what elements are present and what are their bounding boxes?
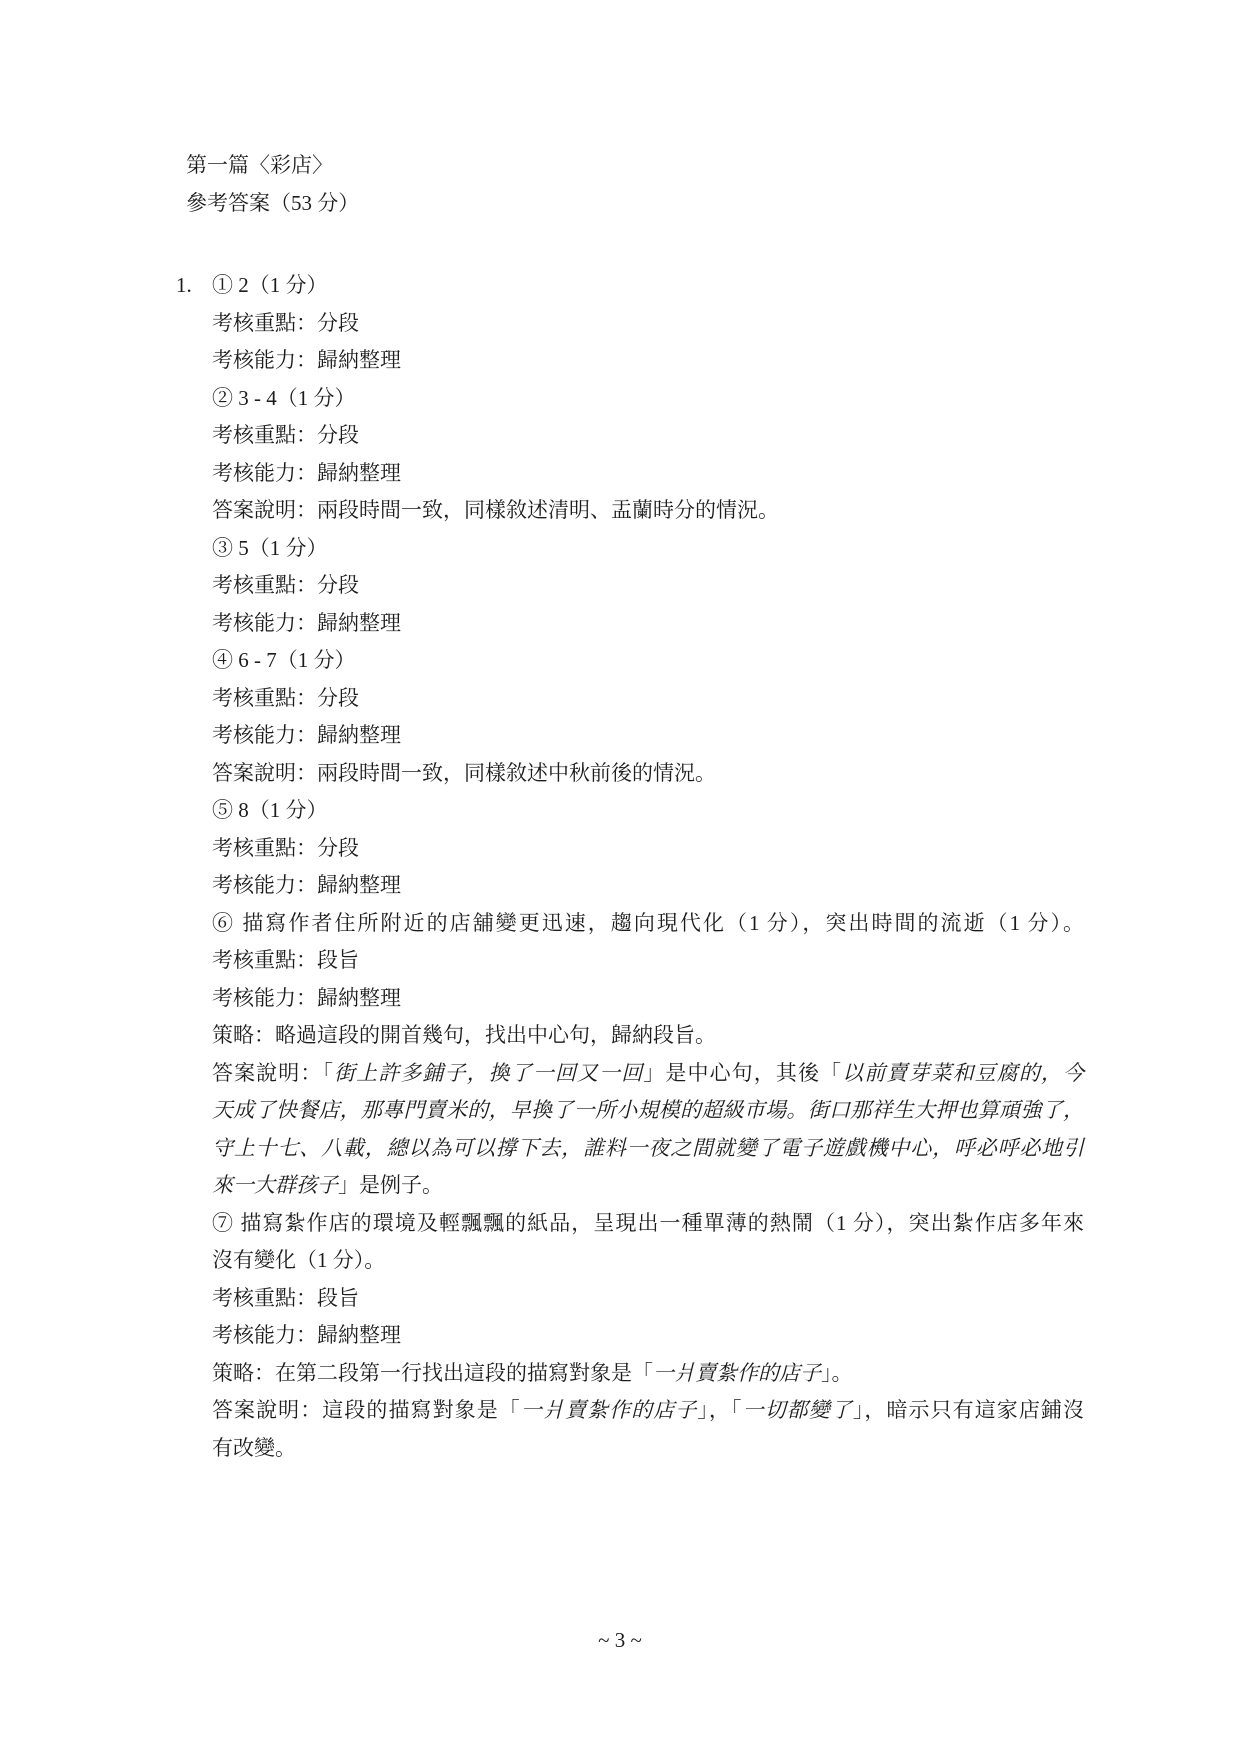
text-segment: 答案說明：兩段時間一致，同樣敘述清明、盂蘭時分的情況。 <box>212 498 779 522</box>
answer-line: 考核能力：歸納整理 <box>212 342 1084 380</box>
text-segment: 」是中心句，其後「 <box>643 1061 842 1085</box>
answer-line: 考核能力：歸納整理 <box>212 980 1084 1018</box>
text-segment: 答案說明：兩段時間一致，同樣敘述中秋前後的情況。 <box>212 761 716 785</box>
answer-line: 守上十七、八載，總以為可以撐下去，誰料一夜之間就變了電子遊戲機中心，呼必呼必地引 <box>212 1130 1084 1168</box>
answer-line: 考核重點：段旨 <box>212 1280 1084 1318</box>
quoted-text: 街上許多鋪子，換了一回又一回 <box>334 1061 643 1085</box>
answer-line: 策略：在第二段第一行找出這段的描寫對象是「一爿賣紮作的店子」。 <box>212 1355 1084 1393</box>
answer-line: 考核能力：歸納整理 <box>212 455 1084 493</box>
text-segment: 」是例子。 <box>338 1173 443 1197</box>
answer-line: ⑦ 描寫紮作店的環境及輕飄飄的紙品，呈現出一種單薄的熱鬧（1 分），突出紮作店多… <box>212 1205 1084 1243</box>
answer-line: 答案說明：兩段時間一致，同樣敘述中秋前後的情況。 <box>212 755 1084 793</box>
text-segment: 考核能力：歸納整理 <box>212 348 401 372</box>
reference-answer-heading: 參考答案（53 分） <box>186 185 359 223</box>
answer-line: 天成了快餐店，那專門賣米的，早換了一所小規模的超級市場。街口那祥生大押也算頑強了… <box>212 1092 1084 1130</box>
answer-line: 考核重點：分段 <box>212 830 1084 868</box>
text-segment: 」。 <box>821 1361 853 1385</box>
quoted-text: 天成了快餐店，那專門賣米的，早換了一所小規模的超級市場。街口那祥生大押也算頑強了… <box>212 1098 1084 1122</box>
article-title: 第一篇〈彩店〉 <box>186 147 359 185</box>
answer-line: 考核重點：分段 <box>212 680 1084 718</box>
quoted-text: 一切都變了 <box>743 1398 853 1422</box>
question-number: 1. <box>176 267 192 305</box>
text-segment: 考核重點：分段 <box>212 423 359 447</box>
text-segment: 答案說明：「 <box>212 1061 334 1085</box>
text-segment: 沒有變化（1 分）。 <box>212 1248 385 1272</box>
answer-line: 來一大群孩子」是例子。 <box>212 1167 1084 1205</box>
quoted-text: 一爿賣紮作的店子 <box>521 1398 698 1422</box>
answer-lines: ① 2（1 分）考核重點：分段考核能力：歸納整理② 3 - 4（1 分）考核重點… <box>212 267 1084 1467</box>
text-segment: 有改變。 <box>212 1436 296 1460</box>
answer-line: ① 2（1 分） <box>212 267 1084 305</box>
text-segment: 考核重點：段旨 <box>212 1286 359 1310</box>
answer-line: ④ 6 - 7（1 分） <box>212 642 1084 680</box>
document-page: 第一篇〈彩店〉 參考答案（53 分） 1. ① 2（1 分）考核重點：分段考核能… <box>0 0 1240 1755</box>
answer-line: ⑤ 8（1 分） <box>212 792 1084 830</box>
text-segment: 考核能力：歸納整理 <box>212 1323 401 1347</box>
text-segment: 考核能力：歸納整理 <box>212 873 401 897</box>
answer-line: 答案說明：這段的描寫對象是「一爿賣紮作的店子」，「一切都變了」，暗示只有這家店鋪… <box>212 1392 1084 1430</box>
page-number: ~ 3 ~ <box>0 1622 1240 1660</box>
text-segment: 答案說明：這段的描寫對象是「 <box>212 1398 521 1422</box>
text-segment: 考核重點：分段 <box>212 686 359 710</box>
answer-line: ② 3 - 4（1 分） <box>212 380 1084 418</box>
quoted-text: 以前賣芽菜和豆腐的，今 <box>842 1061 1084 1085</box>
answer-line: 考核重點：段旨 <box>212 942 1084 980</box>
answer-line: 考核重點：分段 <box>212 567 1084 605</box>
answer-line: ③ 5（1 分） <box>212 530 1084 568</box>
text-segment: 考核重點：分段 <box>212 311 359 335</box>
answer-line: 考核重點：分段 <box>212 417 1084 455</box>
text-segment: 策略：在第二段第一行找出這段的描寫對象是「 <box>212 1361 653 1385</box>
text-segment: ① 2（1 分） <box>212 273 328 297</box>
quoted-text: 守上十七、八載，總以為可以撐下去，誰料一夜之間就變了電子遊戲機中心，呼必呼必地引 <box>212 1136 1084 1160</box>
answer-line: 考核能力：歸納整理 <box>212 605 1084 643</box>
answer-line: ⑥ 描寫作者住所附近的店舖變更迅速，趨向現代化（1 分），突出時間的流逝（1 分… <box>212 905 1084 943</box>
answer-line: 考核重點：分段 <box>212 305 1084 343</box>
answer-line: 考核能力：歸納整理 <box>212 1317 1084 1355</box>
text-segment: ② 3 - 4（1 分） <box>212 386 356 410</box>
text-segment: 考核能力：歸納整理 <box>212 986 401 1010</box>
text-segment: 考核重點：段旨 <box>212 948 359 972</box>
answer-line: 考核能力：歸納整理 <box>212 867 1084 905</box>
text-segment: ④ 6 - 7（1 分） <box>212 648 356 672</box>
answer-line: 沒有變化（1 分）。 <box>212 1242 1084 1280</box>
answer-line: 有改變。 <box>212 1430 1084 1468</box>
text-segment: ③ 5（1 分） <box>212 536 328 560</box>
quoted-text: 一爿賣紮作的店子 <box>653 1361 821 1385</box>
text-segment: ⑦ 描寫紮作店的環境及輕飄飄的紙品，呈現出一種單薄的熱鬧（1 分），突出紮作店多… <box>212 1211 1084 1235</box>
text-segment: 」，「 <box>697 1398 742 1422</box>
text-segment: ⑤ 8（1 分） <box>212 798 328 822</box>
text-segment: 考核能力：歸納整理 <box>212 611 401 635</box>
text-segment: 考核重點：分段 <box>212 573 359 597</box>
text-segment: 策略：略過這段的開首幾句，找出中心句，歸納段旨。 <box>212 1023 716 1047</box>
text-segment: 考核重點：分段 <box>212 836 359 860</box>
answer-line: 策略：略過這段的開首幾句，找出中心句，歸納段旨。 <box>212 1017 1084 1055</box>
text-segment: 考核能力：歸納整理 <box>212 723 401 747</box>
answer-line: 答案說明：「街上許多鋪子，換了一回又一回」是中心句，其後「以前賣芽菜和豆腐的，今 <box>212 1055 1084 1093</box>
document-header: 第一篇〈彩店〉 參考答案（53 分） <box>186 147 359 222</box>
answer-line: 考核能力：歸納整理 <box>212 717 1084 755</box>
answer-line: 答案說明：兩段時間一致，同樣敘述清明、盂蘭時分的情況。 <box>212 492 1084 530</box>
text-segment: 」，暗示只有這家店鋪沒 <box>853 1398 1084 1422</box>
quoted-text: 來一大群孩子 <box>212 1173 338 1197</box>
text-segment: ⑥ 描寫作者住所附近的店舖變更迅速，趨向現代化（1 分），突出時間的流逝（1 分… <box>212 911 1084 935</box>
text-segment: 考核能力：歸納整理 <box>212 461 401 485</box>
